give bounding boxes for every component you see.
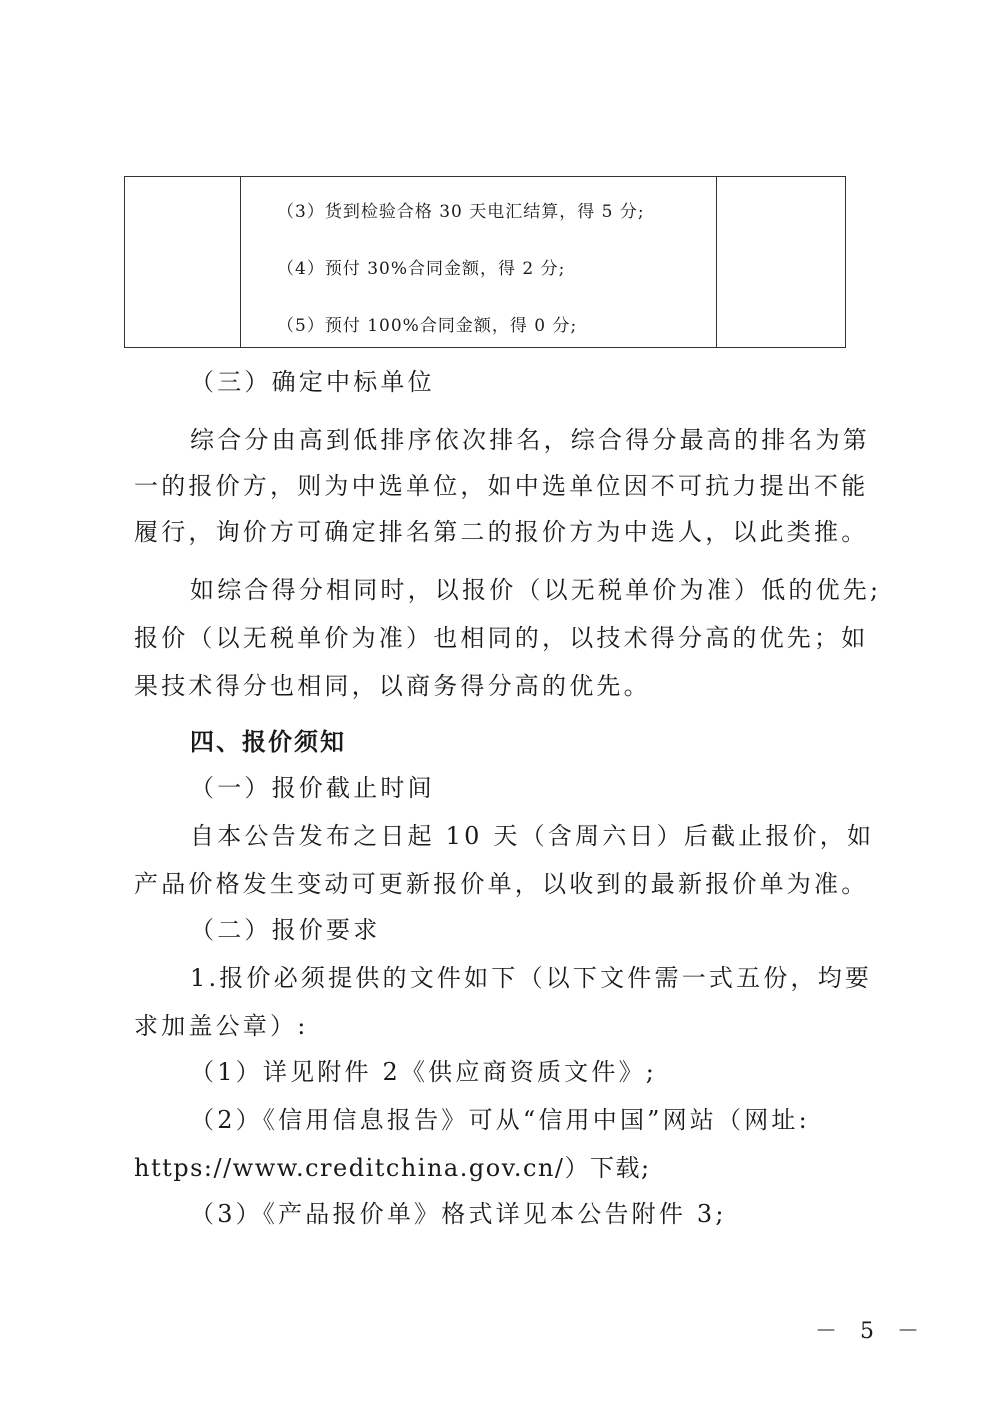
- paragraph-line: 如综合得分相同时，以报价（以无税单价为准）低的优先;: [190, 570, 881, 605]
- list-item: （3）《产品报价单》格式详见本公告附件 3;: [190, 1194, 727, 1229]
- subsection-heading-deadline: （一）报价截止时间: [190, 768, 435, 803]
- paragraph-line: 1.报价必须提供的文件如下（以下文件需一式五份，均要: [190, 958, 872, 993]
- list-item: （2）《信用信息报告》可从“信用中国”网站（网址:: [190, 1100, 810, 1135]
- paragraph-line: 果技术得分也相同，以商务得分高的优先。: [134, 666, 651, 701]
- paragraph-line: 一的报价方，则为中选单位，如中选单位因不可抗力提出不能: [134, 466, 868, 501]
- subsection-heading-requirements: （二）报价要求: [190, 910, 380, 945]
- table-row: （5）预付 100%合同金额，得 0 分;: [277, 311, 577, 336]
- paragraph-line: 求加盖公章）:: [134, 1006, 309, 1041]
- page-number: － 5 －: [815, 1314, 927, 1345]
- paragraph-line: 自本公告发布之日起 10 天（含周六日）后截止报价，如: [190, 816, 874, 851]
- section-heading-quote-notice: 四、报价须知: [190, 722, 346, 757]
- credit-china-url: https://www.creditchina.gov.cn/）下载;: [134, 1148, 651, 1183]
- paragraph-line: 产品价格发生变动可更新报价单，以收到的最新报价单为准。: [134, 864, 868, 899]
- paragraph-line: 综合分由高到低排序依次排名，综合得分最高的排名为第: [190, 420, 870, 455]
- table-row: （3）货到检验合格 30 天电汇结算，得 5 分;: [277, 197, 645, 222]
- scoring-table: （3）货到检验合格 30 天电汇结算，得 5 分; （4）预付 30%合同金额，…: [124, 176, 846, 348]
- list-item: （1）详见附件 2《供应商资质文件》;: [190, 1052, 657, 1087]
- section-heading-determine-winner: （三）确定中标单位: [190, 362, 435, 397]
- table-column-item: [125, 177, 241, 347]
- table-row: （4）预付 30%合同金额，得 2 分;: [277, 254, 565, 279]
- table-column-criteria: （3）货到检验合格 30 天电汇结算，得 5 分; （4）预付 30%合同金额，…: [241, 177, 717, 347]
- paragraph-line: 报价（以无税单价为准）也相同的，以技术得分高的优先；如: [134, 618, 868, 653]
- paragraph-line: 履行，询价方可确定排名第二的报价方为中选人，以此类推。: [134, 512, 868, 547]
- table-column-score: [717, 177, 845, 347]
